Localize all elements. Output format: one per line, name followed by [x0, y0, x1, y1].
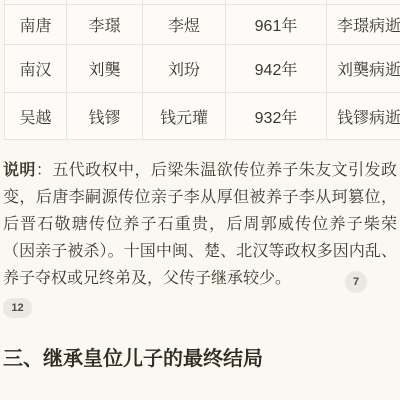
- table-cell-successor: 钱元瓘: [143, 93, 226, 140]
- table-cell-regime: 吴越: [5, 93, 67, 140]
- table-cell-succession: 钱镠病逝传位: [327, 93, 400, 140]
- dynasty-table: 南唐 李璟 李煜 961年 李璟病逝传位 南汉 刘龑 刘玢 942年 刘龑病逝传…: [4, 0, 400, 140]
- table-cell-year: 961年: [226, 5, 327, 45]
- dynasty-table-wrap: 南唐 李璟 李煜 961年 李璟病逝传位 南汉 刘龑 刘玢 942年 刘龑病逝传…: [4, 0, 400, 140]
- table-cell-ruler: 李璟: [67, 5, 143, 45]
- table-cell-ruler: 钱镠: [67, 93, 143, 140]
- table-row: 吴越 钱镠 钱元瓘 932年 钱镠病逝传位: [5, 93, 400, 140]
- table-cell-year: 932年: [226, 93, 327, 140]
- table-cell-year: 942年: [226, 45, 327, 93]
- table-cell-succession: 李璟病逝传位: [327, 5, 400, 45]
- table-row: 南唐 李璟 李煜 961年 李璟病逝传位: [5, 5, 400, 45]
- table-cell-successor: 刘玢: [143, 45, 226, 93]
- table-cell-regime: 南汉: [5, 45, 67, 93]
- note-text: 五代政权中，后梁朱温欲传位养子朱友文引发政变，后唐李嗣源传位亲子李从厚但被养子李…: [3, 162, 397, 287]
- table-cell-succession: 刘龑病逝传位: [327, 45, 400, 93]
- section-heading: 三、继承皇位儿子的最终结局: [3, 345, 397, 373]
- table-row: 南汉 刘龑 刘玢 942年 刘龑病逝传位: [5, 45, 400, 93]
- note-colon: ：: [36, 162, 52, 179]
- table-cell-ruler: 刘龑: [67, 45, 143, 93]
- citation-badge-12[interactable]: 12: [3, 298, 32, 318]
- page: 南唐 李璟 李煜 961年 李璟病逝传位 南汉 刘龑 刘玢 942年 刘龑病逝传…: [0, 0, 400, 400]
- table-cell-successor: 李煜: [143, 5, 226, 45]
- citation-badge-7[interactable]: 7: [345, 271, 367, 293]
- table-cell-regime: 南唐: [5, 5, 67, 45]
- note-paragraph: 说明：五代政权中，后梁朱温欲传位养子朱友文引发政变，后唐李嗣源传位亲子李从厚但被…: [3, 157, 397, 292]
- note-label: 说明: [3, 162, 36, 179]
